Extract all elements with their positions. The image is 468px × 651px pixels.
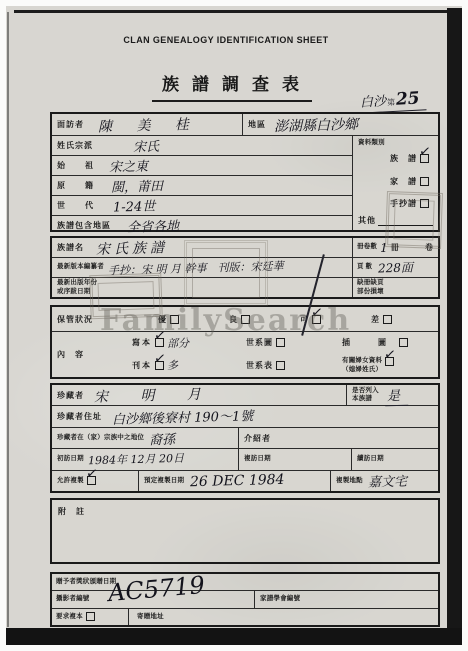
region-value: 澎湖縣白沙鄉 (274, 113, 358, 135)
condition-label: 保管狀況 (52, 314, 132, 325)
interviewer-field: 面訪者 陳 美 桂 (52, 114, 242, 135)
page-number-annotation: 白沙第25 (357, 88, 426, 114)
copy-date-label: 預定複製日期 (144, 477, 184, 485)
interviewer-label: 面訪者 (57, 119, 84, 130)
second-visit-field: 複訪日期 (238, 449, 351, 469)
women-data-checkbox: ✓ (385, 357, 394, 366)
checkmark: ✓ (383, 347, 397, 362)
region-label: 地區 (248, 119, 266, 130)
material-category-panel: 資料類別 族 譜 ✓ 家 譜 手抄譜 其他 (352, 136, 438, 230)
followup-visit-label: 續訪日期 (357, 455, 384, 463)
copy-permission-field: 允許複製 ✓ (52, 471, 138, 491)
form-title-english: CLAN GENEALOGY IDENTIFICATION SHEET (6, 35, 446, 45)
category-option-label: 族 譜 (390, 153, 417, 164)
poor-checkbox (383, 315, 392, 324)
volumes-field: 冊卷數 1 冊 卷 (352, 238, 438, 257)
publication-year-field: 最新出版年份 或序跋日期 (52, 278, 352, 297)
scan-area: CLAN GENEALOGY IDENTIFICATION SHEET 族譜調查… (6, 6, 462, 645)
copy-request-label: 要求複本 (56, 613, 83, 621)
coverage-field: 族譜包含地區 全省各地 (52, 216, 352, 235)
interviewer-value: 陳 美 桂 (98, 113, 199, 136)
compiler-field: 最新版本編纂者 手抄：宋 明 月 幹事 刊版：宋廷華 (52, 258, 352, 277)
copy-request-field: 要求複本 (52, 609, 128, 626)
copy-permission-checkbox: ✓ (87, 476, 96, 485)
category-other-label: 其他 (358, 215, 376, 226)
scan-edge-top (14, 10, 450, 13)
fair-checkbox: ✓ (312, 315, 321, 324)
scan-edge-left (7, 12, 9, 627)
printed-content-checkbox: ✓ (155, 361, 164, 370)
excellent-checkbox (170, 315, 179, 324)
condition-option-excellent: 優 (158, 314, 179, 325)
owner-value: 宋 明 月 (94, 384, 215, 407)
owner-position-label: 珍藏者在（家）宗族中之地位 (57, 434, 144, 442)
condition-option-fair: 可 ✓ (300, 314, 321, 325)
mailing-address-field: 寄贈地址 (128, 609, 438, 626)
owner-field: 珍藏者 宋 明 月 (52, 385, 346, 405)
owner-position-field: 珍藏者在（家）宗族中之地位 裔孫 (52, 428, 238, 448)
generations-label: 世 代 (57, 200, 99, 211)
condition-section: 保管狀況 優 良 可 ✓ 差 (50, 305, 440, 379)
content-item-printed: 刊本 ✓ 多 (132, 357, 246, 373)
manuscript-checkbox (420, 199, 429, 208)
scan-edge-right (447, 8, 462, 645)
missing-pages-field: 缺冊缺頁 部份損壞 (352, 278, 438, 297)
book-name-field: 族譜名 宋氏族譜 (52, 238, 352, 257)
owner-address-label: 珍藏者住址 (57, 411, 102, 422)
copy-date-value: 26 DEC 1984 (190, 472, 285, 490)
first-visit-label: 初訪日期 (57, 455, 84, 463)
generations-value: 1-24世 (113, 195, 156, 215)
category-option-genealogy: 族 譜 ✓ (358, 147, 433, 170)
introducer-field: 介紹者 (238, 428, 438, 448)
copy-place-value: 嘉文宅 (368, 471, 407, 491)
first-visit-field: 初訪日期 1984年 12月 20日 (52, 449, 238, 469)
society-number-field: 家譜學會編號 (254, 591, 438, 608)
scan-edge-bottom (6, 628, 462, 645)
first-ancestor-field: 始 祖 宋之東 (52, 156, 352, 176)
missing-pages-label-line2: 部份損壞 (357, 288, 384, 296)
item-note: 多 (167, 357, 178, 373)
volumes-value: 1 (380, 241, 388, 255)
content-item-manuscript: 寫本 ✓ 部分 (132, 335, 246, 351)
owner-address-value: 白沙鄉後寮村 190～1號 (112, 405, 254, 428)
society-number-label: 家譜學會編號 (260, 595, 300, 603)
page-note-place: 白沙 (360, 94, 387, 110)
origin-label: 原 籍 (57, 180, 99, 191)
photographer-number-label: 攝影者編號 (56, 595, 90, 603)
volumes-unit-juan: 卷 (425, 242, 434, 253)
first-ancestor-label: 始 祖 (57, 160, 99, 171)
copy-request-checkbox (86, 612, 95, 621)
copy-place-field: 複製地點 嘉文宅 (330, 471, 438, 491)
compiler-value: 手抄：宋 明 月 幹事 刊版：宋廷華 (108, 257, 284, 278)
content-item-lineage-chart: 世系圖 (246, 337, 342, 348)
origin-value: 閩，莆田 (111, 175, 163, 195)
admin-section: AC5719 贈予者獎狀頒贈日期 攝影者編號 家譜學會編號 要求複本 (50, 572, 440, 627)
item-label: 有關婦女資料 (342, 357, 382, 365)
copy-place-label: 複製地點 (336, 477, 363, 485)
item-label: 世系圖 (246, 337, 273, 348)
coverage-value: 全省各地 (127, 215, 179, 235)
illustrations-checkbox (399, 338, 408, 347)
book-name-value: 宋氏族譜 (96, 237, 168, 259)
book-name-label: 族譜名 (57, 242, 84, 253)
coverage-label: 族譜包含地區 (57, 220, 111, 231)
compiler-label: 最新版本編纂者 (57, 263, 104, 271)
form-title-chinese: 族譜調查表 (152, 70, 312, 102)
category-option-label: 手抄譜 (390, 198, 417, 209)
owner-section: 珍藏者 宋 明 月 是否列入 本族譜 是 珍藏者住址 白沙鄉後寮村 190～1號 (50, 383, 440, 493)
pages-value: 228面 (378, 259, 413, 277)
content-item-lineage-table: 世系表 (246, 360, 342, 371)
category-option-manuscript: 手抄譜 (358, 192, 433, 215)
manuscript-content-checkbox: ✓ (155, 338, 164, 347)
item-label: 寫本 (132, 337, 152, 348)
missing-pages-label-line1: 缺冊缺頁 (357, 279, 384, 287)
item-note: 部分 (167, 335, 189, 352)
pages-field: 頁數 228面 (352, 258, 438, 277)
second-visit-label: 複訪日期 (244, 455, 271, 463)
option-label: 優 (158, 314, 167, 325)
pages-label: 頁數 (357, 263, 374, 271)
listed-label-line2: 本族譜 (352, 395, 379, 403)
owner-label: 珍藏者 (57, 390, 84, 401)
notes-section: 附 註 (50, 498, 440, 564)
item-label: 刊本 (132, 360, 152, 371)
item-label: 世系表 (246, 360, 273, 371)
publication-year-label-line1: 最新出版年份 (57, 279, 97, 287)
publication-year-label-line2: 或序跋日期 (57, 288, 97, 296)
introducer-label: 介紹者 (244, 433, 271, 444)
volumes-label: 冊卷數 (357, 243, 377, 251)
content-label: 內 容 (52, 349, 132, 360)
region-field: 地區 澎湖縣白沙鄉 (242, 114, 438, 135)
category-option-label: 家 譜 (390, 176, 417, 187)
content-item-women-data: 有關婦女資料 ✓ （媳婦姓氏） (342, 357, 438, 374)
first-ancestor-value: 宋之東 (109, 155, 148, 175)
option-label: 差 (371, 314, 380, 325)
copy-permission-label: 允許複製 (57, 477, 84, 485)
scanned-document-page: CLAN GENEALOGY IDENTIFICATION SHEET 族譜調查… (0, 0, 468, 651)
clan-field: 姓氏宗派 宋氏 (52, 136, 352, 156)
checkmark: ✓ (418, 144, 432, 159)
identity-section: 面訪者 陳 美 桂 地區 澎湖縣白沙鄉 姓氏宗派 宋氏 始 祖 宋之東 (50, 112, 440, 232)
first-visit-value: 1984年 12月 20日 (88, 450, 184, 469)
copy-date-field: 預定複製日期 26 DEC 1984 (138, 471, 330, 491)
clan-value: 宋氏 (133, 136, 160, 156)
condition-option-poor: 差 (371, 314, 392, 325)
notes-label: 附 註 (58, 506, 432, 517)
owner-position-value: 裔孫 (149, 428, 176, 448)
family-record-checkbox (420, 177, 429, 186)
option-label: 良 (229, 314, 238, 325)
page-note-number: 25 (395, 89, 420, 110)
checkmark: ✓ (310, 305, 324, 320)
checkmark: ✓ (85, 467, 99, 482)
category-other-field: 其他 (358, 215, 433, 226)
clan-label: 姓氏宗派 (57, 140, 93, 151)
category-option-family-record: 家 譜 (358, 170, 433, 193)
checkmark: ✓ (153, 329, 167, 344)
listed-field: 是否列入 本族譜 是 (346, 385, 438, 405)
listed-label-line1: 是否列入 (352, 387, 379, 395)
owner-address-field: 珍藏者住址 白沙鄉後寮村 190～1號 (52, 406, 438, 426)
followup-visit-field: 續訪日期 (351, 449, 438, 469)
listed-value: 是 (385, 384, 409, 406)
fill-in-line (378, 218, 433, 226)
checkmark: ✓ (153, 351, 167, 366)
condition-option-good: 良 (229, 314, 250, 325)
volumes-unit-ce: 冊 (391, 242, 400, 253)
generations-field: 世 代 1-24世 (52, 196, 352, 216)
genealogy-checkbox: ✓ (420, 154, 429, 163)
book-info-section: 族譜名 宋氏族譜 冊卷數 1 冊 卷 最新版本編纂者 手抄：宋 明 月 幹事 刊… (50, 236, 440, 299)
mailing-address-label: 寄贈地址 (137, 613, 164, 621)
good-checkbox (241, 315, 250, 324)
item-sublabel: （媳婦姓氏） (342, 366, 382, 374)
lineage-chart-checkbox (276, 338, 285, 347)
page-note-prefix: 第 (387, 98, 395, 107)
origin-field: 原 籍 閩，莆田 (52, 176, 352, 196)
lineage-table-checkbox (276, 361, 285, 370)
